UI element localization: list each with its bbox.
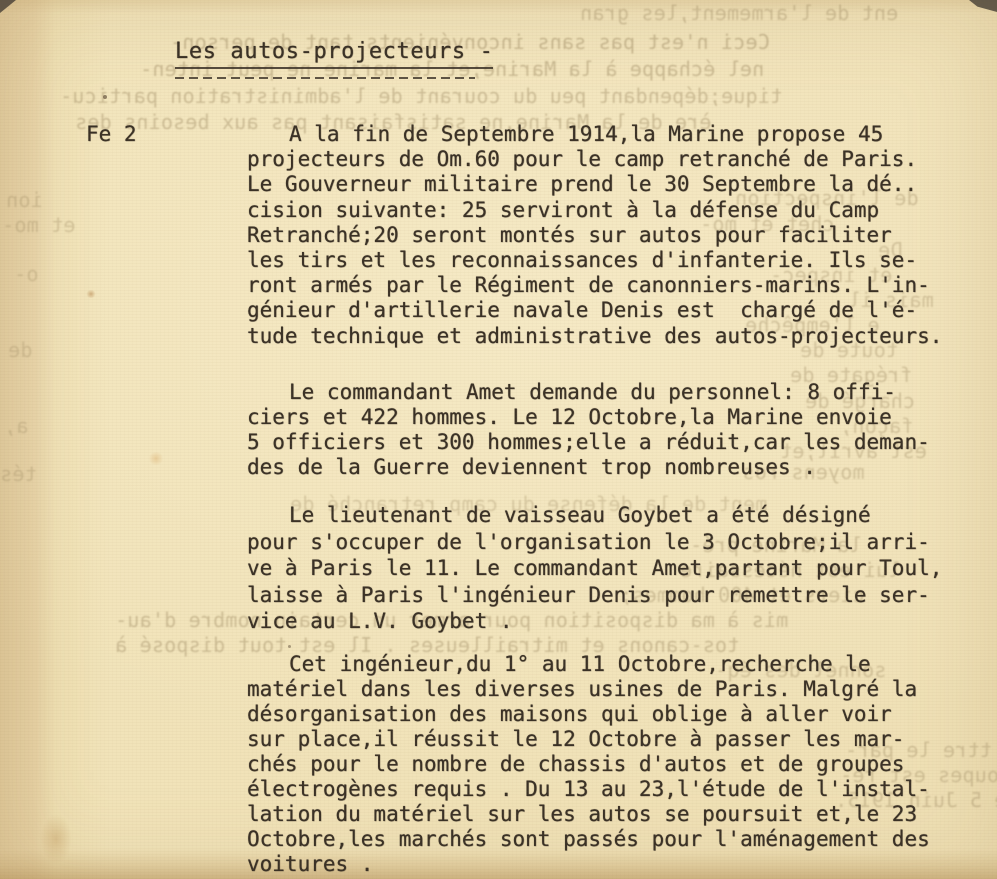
text-line: vice au L.V. Goybet . bbox=[247, 608, 942, 635]
text-line: Octobre,les marchés sont passés pour l'a… bbox=[247, 827, 930, 852]
text-line: Le commandant Amet demande du personnel:… bbox=[247, 380, 930, 405]
text-line: tude technique et administrative des aut… bbox=[247, 324, 942, 349]
text-line: matériel dans les diverses usines de Par… bbox=[247, 677, 930, 702]
paragraph: Le commandant Amet demande du personnel:… bbox=[247, 380, 930, 480]
text-line: chés pour le nombre de chassis d'autos e… bbox=[247, 752, 930, 777]
text-line: Le Gouverneur militaire prend le 30 Sept… bbox=[247, 172, 942, 197]
text-line: les tirs et les reconnaissances d'infant… bbox=[247, 248, 942, 273]
text-line: électrogènes requis . Du 13 au 23,l'étud… bbox=[247, 777, 930, 802]
text-line: Le lieutenant de vaisseau Goybet a été d… bbox=[247, 502, 942, 529]
text-line: pour s'occuper de l'organisation le 3 Oc… bbox=[247, 529, 942, 556]
text-line: A la fin de Septembre 1914,la Marine pro… bbox=[247, 122, 942, 147]
text-line: des de la Guerre deviennent trop nombreu… bbox=[247, 455, 930, 480]
text-line: sur place,il réussit le 12 Octobre à pas… bbox=[247, 727, 930, 752]
paragraph: Le lieutenant de vaisseau Goybet a été d… bbox=[247, 502, 942, 635]
text-line: projecteurs de Om.60 pour le camp retran… bbox=[247, 147, 942, 172]
text-line: ve à Paris le 11. Le commandant Amet,par… bbox=[247, 555, 942, 582]
paragraph: A la fin de Septembre 1914,la Marine pro… bbox=[247, 122, 942, 349]
text-line: 5 officiers et 300 hommes;elle a réduit,… bbox=[247, 430, 930, 455]
text-line: voitures . bbox=[247, 852, 930, 877]
document-page: ent de l'armement,les granCeci n'est pas… bbox=[0, 0, 997, 879]
text-line: laisse à Paris l'ingénieur Denis pour re… bbox=[247, 582, 942, 609]
body-text: A la fin de Septembre 1914,la Marine pro… bbox=[0, 0, 997, 879]
text-line: génieur d'artillerie navale Denis est ch… bbox=[247, 298, 942, 323]
text-line: désorganisation des maisons qui oblige à… bbox=[247, 702, 930, 727]
text-line: Cet ingénieur,du 1° au 11 Octobre,recher… bbox=[247, 652, 930, 677]
paragraph: Cet ingénieur,du 1° au 11 Octobre,recher… bbox=[247, 652, 930, 877]
text-line: cision suivante: 25 serviront à la défen… bbox=[247, 198, 942, 223]
text-line: Retranché;20 seront montés sur autos pou… bbox=[247, 223, 942, 248]
text-line: ront armés par le Régiment de canonniers… bbox=[247, 273, 942, 298]
text-line: ciers et 422 hommes. Le 12 Octobre,la Ma… bbox=[247, 405, 930, 430]
text-line: lation du matériel sur les autos se pour… bbox=[247, 802, 930, 827]
